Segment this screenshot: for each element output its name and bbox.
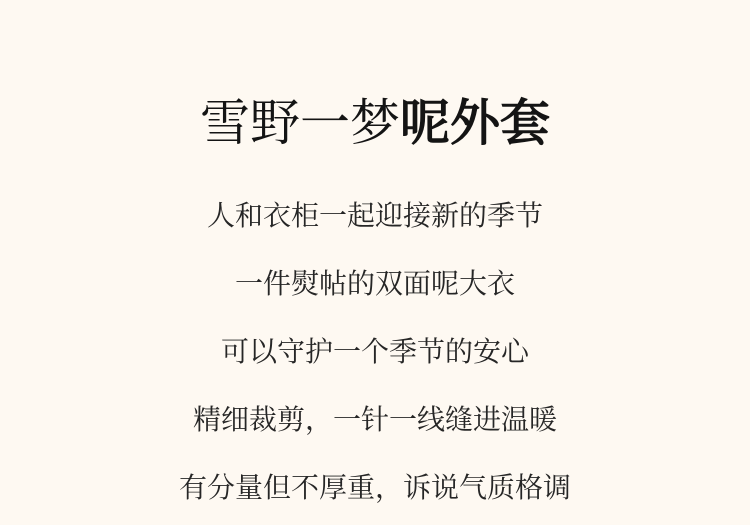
description-line-3: 可以守护一个季节的安心 bbox=[0, 335, 750, 369]
description-line-4: 精细裁剪，一针一线缝进温暖 bbox=[0, 403, 750, 437]
page-title-bold: 呢外套 bbox=[400, 95, 550, 151]
description-line-5: 有分量但不厚重，诉说气质格调 bbox=[0, 471, 750, 505]
page-title-regular: 雪野一梦 bbox=[200, 95, 400, 151]
page-title: 雪野一梦呢外套 bbox=[0, 0, 750, 148]
description-line-2: 一件熨帖的双面呢大衣 bbox=[0, 267, 750, 301]
product-description-page: 雪野一梦呢外套 人和衣柜一起迎接新的季节 一件熨帖的双面呢大衣 可以守护一个季节… bbox=[0, 0, 750, 525]
description-line-1: 人和衣柜一起迎接新的季节 bbox=[0, 199, 750, 233]
